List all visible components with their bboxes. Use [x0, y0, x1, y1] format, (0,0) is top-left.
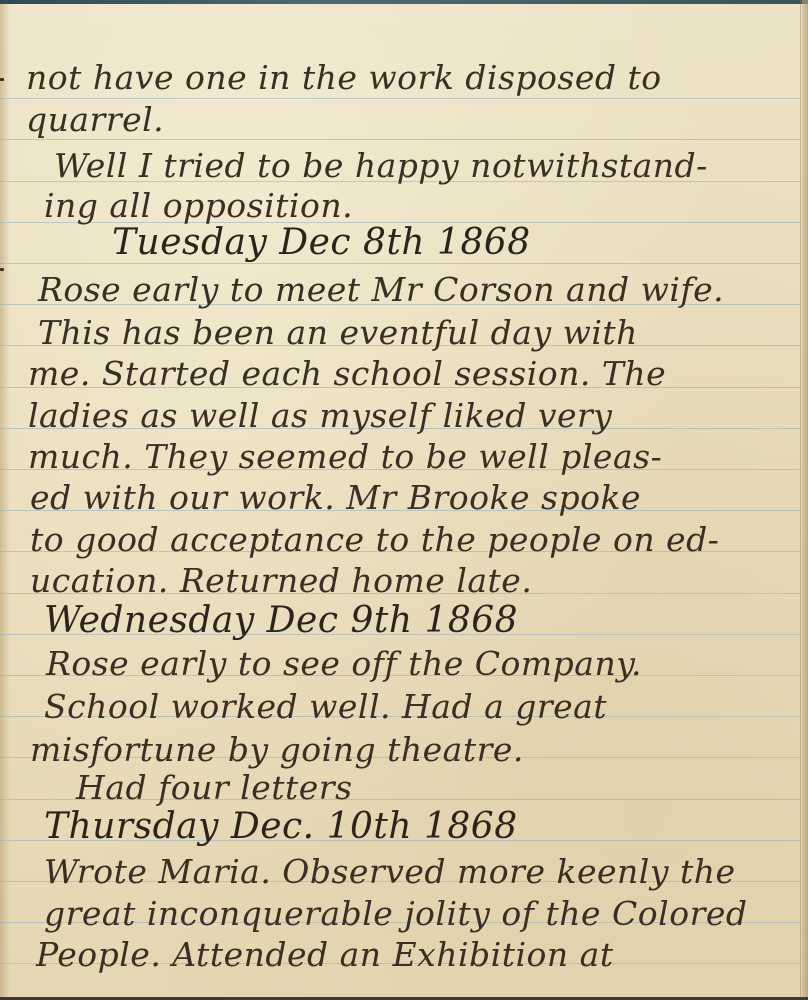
journal-line: quarrel. — [26, 100, 164, 139]
journal-line: not have one in the work disposed to — [26, 58, 662, 97]
page-right-rule — [800, 0, 801, 1000]
journal-line: Wrote Maria. Observed more keenly the — [44, 852, 736, 891]
journal-line: to good acceptance to the people on ed- — [30, 520, 719, 559]
entry-date-heading: Tuesday Dec 8th 1868 — [112, 222, 531, 263]
entry-date-heading: Wednesday Dec 9th 1868 — [44, 600, 518, 641]
journal-line: ucation. Returned home late. — [30, 561, 532, 600]
ruled-line — [0, 98, 800, 99]
journal-page: not have one in the work disposed to qua… — [0, 0, 808, 1000]
entry-date-heading: Thursday Dec. 10th 1868 — [44, 806, 518, 847]
ruled-line — [0, 139, 800, 140]
journal-line: People. Attended an Exhibition at — [36, 935, 614, 974]
journal-line: Rose early to see off the Company. — [46, 644, 642, 683]
journal-line: Rose early to meet Mr Corson and wife. — [38, 270, 724, 309]
journal-line: misfortune by going theatre. — [30, 730, 524, 769]
journal-line: Had four letters — [76, 768, 353, 807]
page-top-edge — [0, 0, 808, 4]
ruled-line — [0, 263, 800, 264]
journal-line: much. They seemed to be well pleas- — [28, 437, 662, 476]
journal-line: School worked well. Had a great — [44, 687, 607, 726]
journal-line: ing all opposition. — [44, 186, 353, 225]
margin-mark — [0, 268, 4, 271]
margin-mark — [0, 78, 4, 81]
page-right-edge — [802, 0, 808, 1000]
journal-line: Well I tried to be happy notwithstand- — [54, 146, 708, 185]
journal-line: me. Started each school session. The — [28, 354, 666, 393]
journal-line: ladies as well as myself liked very — [28, 396, 612, 435]
journal-line: great inconquerable jolity of the Colore… — [44, 894, 748, 933]
journal-line: This has been an eventful day with — [38, 313, 638, 352]
page-gutter-shadow — [0, 4, 10, 1000]
journal-line: ed with our work. Mr Brooke spoke — [30, 478, 641, 517]
